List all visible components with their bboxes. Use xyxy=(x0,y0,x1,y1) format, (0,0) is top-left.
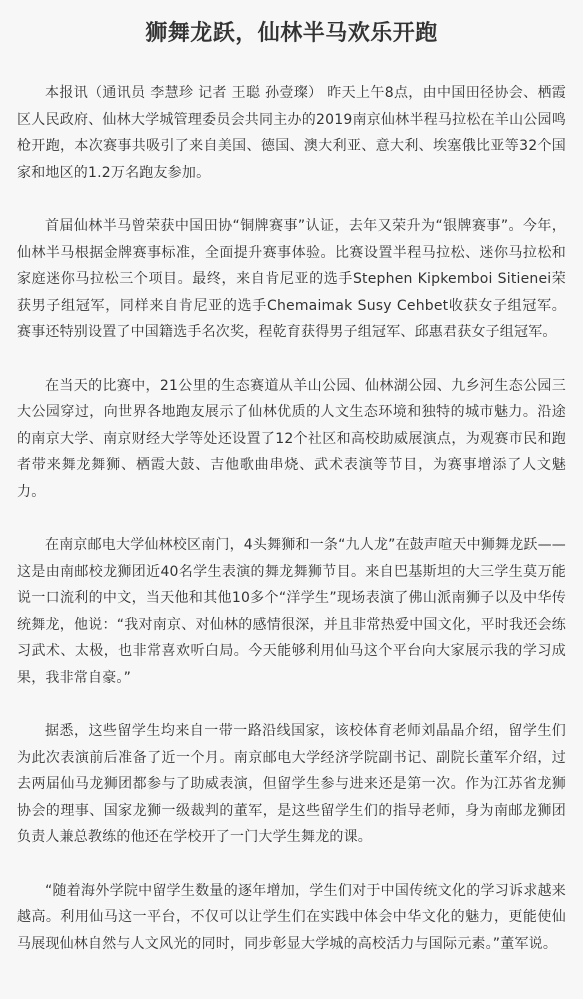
article-paragraph-5: 据悉，这些留学生均来自一带一路沿线国家，该校体育老师刘晶晶介绍，留学生们为此次表… xyxy=(17,718,566,851)
article-paragraph-1: 本报讯（通讯员 李慧珍 记者 王聪 孙壹璨） 昨天上午8点，由中国田径协会、栖霞… xyxy=(17,80,566,186)
article-paragraph-3: 在当天的比赛中，21公里的生态赛道从羊山公园、仙林湖公园、九乡河生态公园三大公园… xyxy=(17,373,566,506)
article-paragraph-2: 首届仙林半马曾荣获中国田协“铜牌赛事”认证，去年又荣升为“银牌赛事”。今年，仙林… xyxy=(17,213,566,346)
article-paragraph-4: 在南京邮电大学仙林校区南门，4头舞狮和一条“九人龙”在鼓声喧天中狮舞龙跃——这是… xyxy=(17,532,566,691)
article: 狮舞龙跃，仙林半马欢乐开跑 本报讯（通讯员 李慧珍 记者 王聪 孙壹璨） 昨天上… xyxy=(0,0,583,957)
article-title: 狮舞龙跃，仙林半马欢乐开跑 xyxy=(17,0,566,52)
article-paragraph-6: “随着海外学院中留学生数量的逐年增加，学生们对于中国传统文化的学习诉求越来越高。… xyxy=(17,878,566,958)
